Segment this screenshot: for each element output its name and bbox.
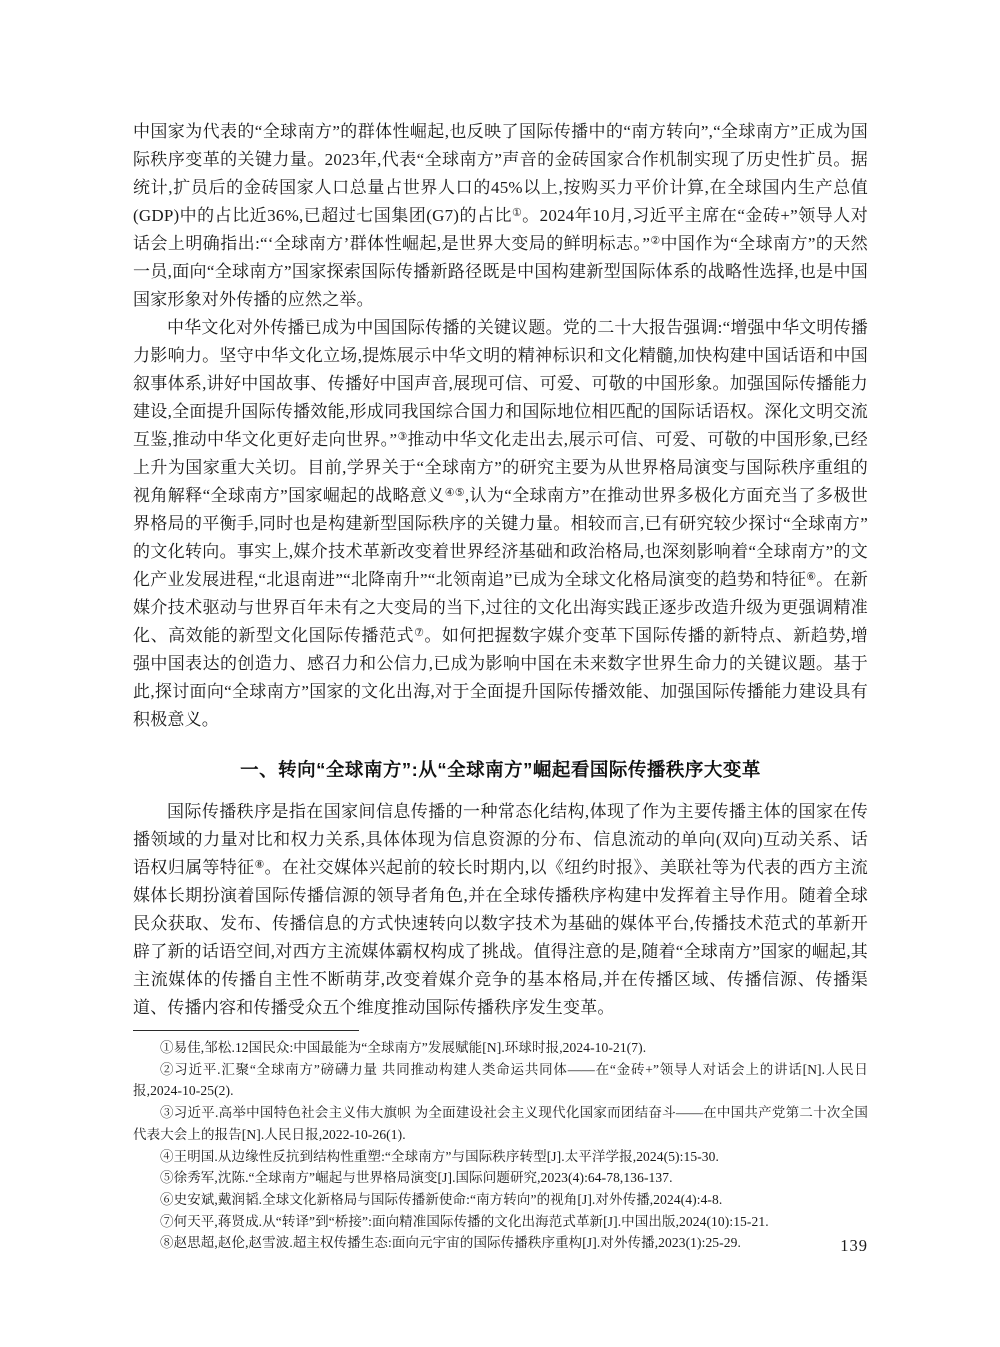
paragraph-international-communication-order: 国际传播秩序是指在国家间信息传播的一种常态化结构,体现了作为主要传播主体的国家在… — [133, 798, 868, 1022]
page-number: 139 — [840, 1236, 868, 1256]
footnote-2: ②习近平.汇聚“全球南方”磅礴力量 共同推动构建人类命运共同体——在“金砖+”领… — [133, 1059, 868, 1102]
footnote-8: ⑧赵思超,赵伦,赵雪波.超主权传播生态:面向元宇宙的国际传播秩序重构[J].对外… — [133, 1232, 868, 1254]
document-page: 中国家为代表的“全球南方”的群体性崛起,也反映了国际传播中的“南方转向”,“全球… — [0, 0, 1000, 1347]
footnote-7: ⑦何天平,蒋贤成.从“转译”到“桥接”:面向精准国际传播的文化出海范式革新[J]… — [133, 1211, 868, 1233]
footnote-5: ⑤徐秀军,沈陈.“全球南方”崛起与世界格局演变[J].国际问题研究,2023(4… — [133, 1167, 868, 1189]
footnote-3: ③习近平.高举中国特色社会主义伟大旗帜 为全面建设社会主义现代化国家而团结奋斗—… — [133, 1102, 868, 1145]
footnote-1: ①易佳,邹松.12国民众:中国最能为“全球南方”发展赋能[N].环球时报,202… — [133, 1037, 868, 1059]
article-content: 中国家为代表的“全球南方”的群体性崛起,也反映了国际传播中的“南方转向”,“全球… — [133, 118, 868, 1254]
footnote-4: ④王明国.从边缘性反抗到结构性重塑:“全球南方”与国际秩序转型[J].太平洋学报… — [133, 1146, 868, 1168]
footnotes-block: ①易佳,邹松.12国民众:中国最能为“全球南方”发展赋能[N].环球时报,202… — [133, 1037, 868, 1254]
paragraph-chinese-culture-communication: 中华文化对外传播已成为中国国际传播的关键议题。党的二十大报告强调:“增强中华文明… — [133, 314, 868, 734]
paragraph-continuation: 中国家为代表的“全球南方”的群体性崛起,也反映了国际传播中的“南方转向”,“全球… — [133, 118, 868, 314]
footnote-6: ⑥史安斌,戴润韬.全球文化新格局与国际传播新使命:“南方转向”的视角[J].对外… — [133, 1189, 868, 1211]
section-heading: 一、转向“全球南方”:从“全球南方”崛起看国际传播秩序大变革 — [133, 756, 868, 782]
footnote-separator — [133, 1030, 359, 1031]
